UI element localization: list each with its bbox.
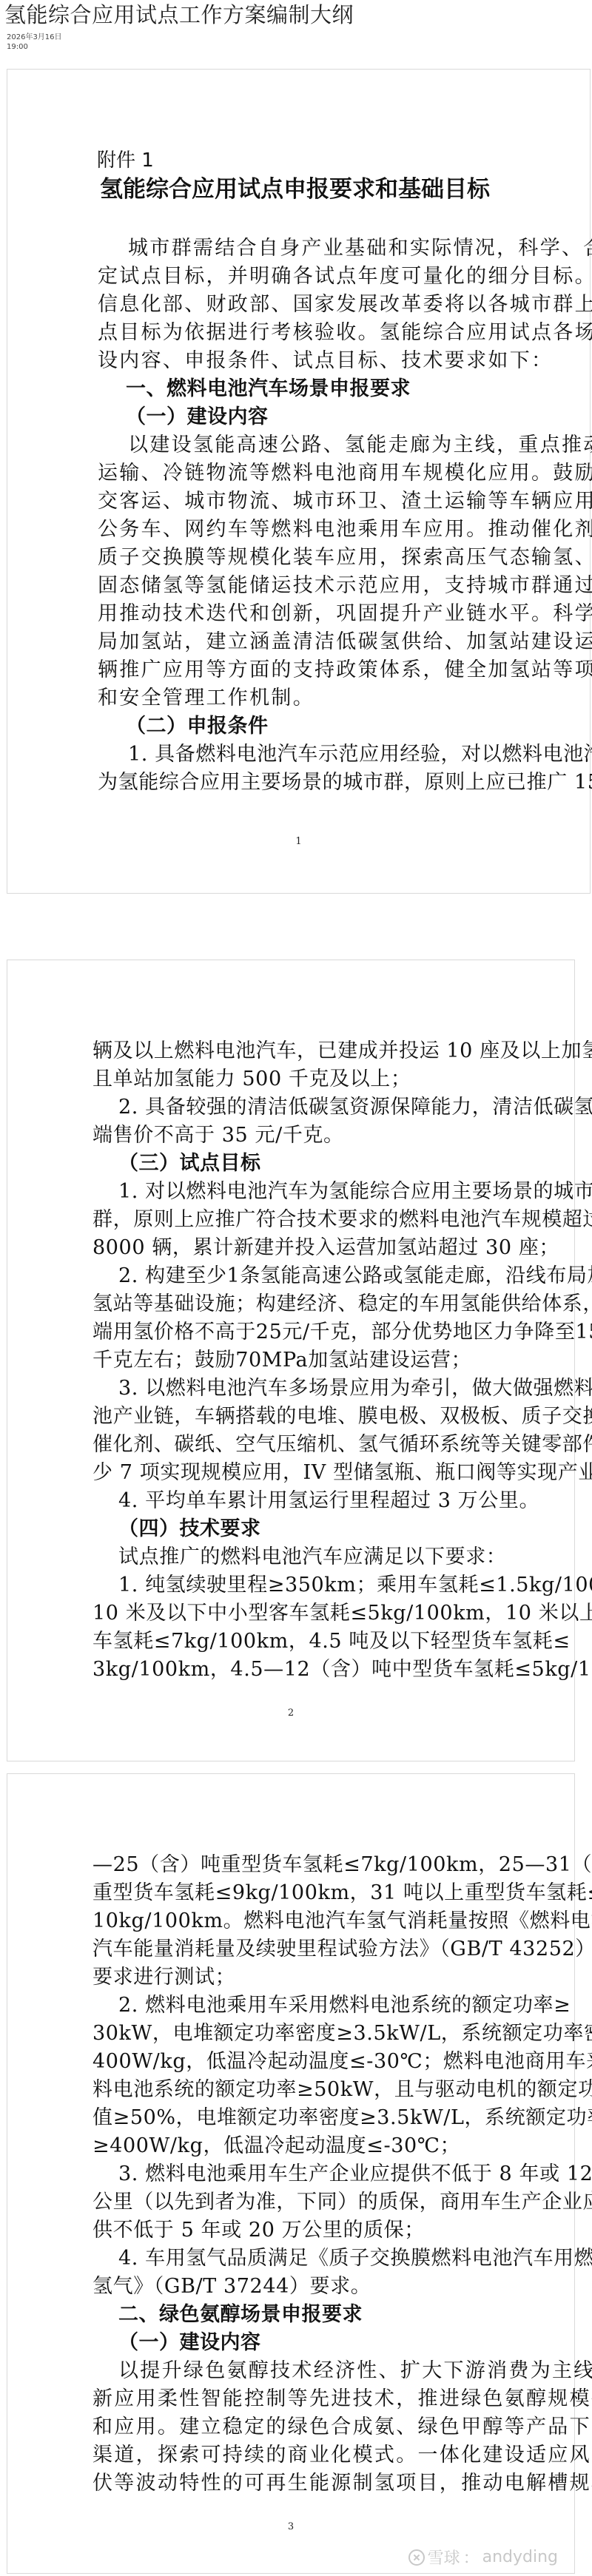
paragraph-line: 伏等波动特性的可再生能源制氢项目，推动电解槽规模应用 bbox=[92, 2472, 592, 2495]
paragraph-line: 渠道，探索可持续的商业化模式。一体化建设适应风电、光 bbox=[92, 2444, 592, 2467]
paragraph-line: 氢站等基础设施；构建经济、稳定的车用氢能供给体系，终 bbox=[92, 1292, 592, 1316]
paragraph-line: 辆推广应用等方面的支持政策体系，健全加氢站等项目审批 bbox=[98, 658, 592, 682]
paragraph-line: 端售价不高于 35 元/千克。 bbox=[92, 1124, 344, 1147]
paragraph-line: 端用氢价格不高于25元/千克，部分优势地区力争降至15元/ bbox=[92, 1321, 592, 1344]
paragraph-line: ≥400W/kg，低温冷起动温度≤-30℃； bbox=[92, 2134, 460, 2158]
section-heading: 一、燃料电池汽车场景申报要求 bbox=[126, 377, 411, 401]
paragraph-line: 群，原则上应推广符合技术要求的燃料电池汽车规模超过 bbox=[92, 1208, 592, 1232]
paragraph-line: 料电池系统的额定功率≥50kW，且与驱动电机的额定功率比 bbox=[92, 2078, 592, 2102]
paragraph-line: 城市群需结合自身产业基础和实际情况，科学、合理设 bbox=[128, 237, 592, 260]
paragraph-line: 公务车、网约车等燃料电池乘用车应用。推动催化剂、碳纸、 bbox=[98, 518, 592, 542]
paragraph-line: 运输、冷链物流等燃料电池商用车规模化应用。鼓励开展公 bbox=[98, 462, 592, 485]
paragraph-line: 3. 以燃料电池汽车多场景应用为牵引，做大做强燃料电 bbox=[118, 1377, 592, 1400]
paragraph-line: 4. 车用氢气品质满足《质子交换膜燃料电池汽车用燃料 bbox=[118, 2247, 592, 2270]
paragraph-line: 辆及以上燃料电池汽车，已建成并投运 10 座及以上加氢站 bbox=[92, 1039, 592, 1063]
paragraph-line: 3. 燃料电池乘用车生产企业应提供不低于 8 年或 12 万 bbox=[118, 2162, 592, 2186]
paragraph-line: 400W/kg，低温冷起动温度≤-30℃；燃料电池商用车采用燃 bbox=[92, 2050, 592, 2074]
post-title: 氢能综合应用试点工作方案编制大纲 bbox=[4, 1, 354, 28]
page-number: 1 bbox=[7, 836, 590, 847]
paragraph-line: 3kg/100km，4.5—12（含）吨中型货车氢耗≤5kg/100km，12 bbox=[92, 1658, 592, 1682]
paragraph-line: 千克左右；鼓励70MPa加氢站建设运营； bbox=[92, 1349, 471, 1372]
xueqiu-logo-icon bbox=[408, 2549, 425, 2566]
subsection-heading: （二）申报条件 bbox=[126, 715, 269, 738]
paragraph-line: 池产业链，车辆搭载的电堆、膜电极、双极板、质子交换膜、 bbox=[92, 1405, 592, 1429]
subsection-heading: （一）建设内容 bbox=[118, 2331, 261, 2355]
paragraph-line: 和安全管理工作机制。 bbox=[98, 687, 314, 710]
watermark-separator: ： bbox=[463, 2546, 480, 2569]
document-title: 氢能综合应用试点申报要求和基础目标 bbox=[7, 176, 590, 203]
paragraph-line: 8000 辆，累计新建并投入运营加氢站超过 30 座； bbox=[92, 1236, 559, 1260]
paragraph-line: 2. 燃料电池乘用车采用燃料电池系统的额定功率≥ bbox=[118, 1994, 571, 2017]
paragraph-line: 质子交换膜等规模化装车应用，探索高压气态输氢、液氢、 bbox=[98, 546, 592, 570]
post-time: 19:00 bbox=[7, 42, 28, 52]
page-number: 3 bbox=[7, 2521, 574, 2532]
watermark-user: andyding bbox=[482, 2548, 558, 2566]
paragraph-line: 交客运、城市物流、城市环卫、渣土运输等车辆应用，探索 bbox=[98, 490, 592, 513]
paragraph-line: 供不低于 5 年或 20 万公里的质保； bbox=[92, 2219, 425, 2242]
paragraph-line: 点目标为依据进行考核验收。氢能综合应用试点各场景的建 bbox=[98, 321, 592, 345]
watermark-brand: 雪球 bbox=[428, 2546, 460, 2569]
subsection-heading: （三）试点目标 bbox=[118, 1152, 261, 1176]
subsection-heading: （四）技术要求 bbox=[118, 1517, 261, 1541]
paragraph-line: 和应用。建立稳定的绿色合成氨、绿色甲醇等产品下游消纳 bbox=[92, 2415, 592, 2439]
paragraph-line: 少 7 项实现规模应用，IV 型储氢瓶、瓶口阀等实现产业化； bbox=[92, 1461, 592, 1485]
paragraph-line: 新应用柔性智能控制等先进技术，推进绿色氨醇规模化制取 bbox=[92, 2387, 592, 2411]
paragraph-line: 1. 对以燃料电池汽车为氢能综合应用主要场景的城市 bbox=[118, 1180, 592, 1204]
page-number: 2 bbox=[7, 1707, 574, 1719]
paragraph-line: 局加氢站，建立涵盖清洁低碳氢供给、加氢站建设运营、车 bbox=[98, 630, 592, 654]
paragraph-line: 要求进行测试； bbox=[92, 1966, 235, 1989]
paragraph-line: 4. 平均单车累计用氢运行里程超过 3 万公里。 bbox=[118, 1489, 539, 1513]
paragraph-line: 催化剂、碳纸、空气压缩机、氢气循环系统等关键零部件至 bbox=[92, 1433, 592, 1457]
section-heading: 二、绿色氨醇场景申报要求 bbox=[118, 2303, 363, 2327]
paragraph-line: 定试点目标，并明确各试点年度可量化的细分目标。工业和 bbox=[98, 265, 592, 289]
document-page-1: 附件 1 氢能综合应用试点申报要求和基础目标 城市群需结合自身产业基础和实际情况… bbox=[7, 69, 591, 894]
document-page-2: 辆及以上燃料电池汽车，已建成并投运 10 座及以上加氢站 且单站加氢能力 500… bbox=[7, 960, 575, 1761]
paragraph-line: 车氢耗≤7kg/100km，4.5 吨及以下轻型货车氢耗≤ bbox=[92, 1630, 571, 1653]
paragraph-line: 2. 构建至少1条氢能高速公路或氢能走廊，沿线布局加 bbox=[118, 1264, 592, 1288]
paragraph-line: 公里（以先到者为准，下同）的质保，商用车生产企业应提 bbox=[92, 2191, 592, 2214]
paragraph-line: 30kW，电堆额定功率密度≥3.5kW/L，系统额定功率密度≥ bbox=[92, 2022, 592, 2046]
paragraph-line: 用推动技术迭代和创新，巩固提升产业链水平。科学规划布 bbox=[98, 602, 592, 626]
paragraph-line: 以提升绿色氨醇技术经济性、扩大下游消费为主线，创 bbox=[118, 2359, 592, 2383]
paragraph-line: 10kg/100km。燃料电池汽车氢气消耗量按照《燃料电池电动 bbox=[92, 1909, 592, 1933]
paragraph-line: 值≥50%，电堆额定功率密度≥3.5kW/L，系统额定功率密度 bbox=[92, 2106, 592, 2130]
post-date: 2026年3月16日 bbox=[7, 33, 62, 42]
paragraph-line: —25（含）吨重型货车氢耗≤7kg/100km，25—31（含）吨 bbox=[92, 1853, 592, 1877]
paragraph-line: 以建设氢能高速公路、氢能走廊为主线，重点推动重载 bbox=[128, 434, 592, 457]
paragraph-line: 且单站加氢能力 500 千克及以上； bbox=[92, 1068, 411, 1091]
subsection-heading: （一）建设内容 bbox=[126, 405, 269, 429]
paragraph-line: 1. 纯氢续驶里程≥350km；乘用车氢耗≤1.5kg/100km， bbox=[118, 1574, 592, 1597]
paragraph-line: 固态储氢等氢能储运技术示范应用，支持城市群通过示范应 bbox=[98, 574, 592, 598]
paragraph-line: 设内容、申报条件、试点目标、技术要求如下： bbox=[98, 349, 553, 373]
paragraph-line: 氢气》（GB/T 37244）要求。 bbox=[92, 2275, 371, 2299]
paragraph-line: 汽车能量消耗量及续驶里程试验方法》（GB/T 43252）相关 bbox=[92, 1938, 592, 1961]
attachment-label: 附件 1 bbox=[97, 149, 154, 172]
paragraph-line: 试点推广的燃料电池汽车应满足以下要求： bbox=[118, 1545, 506, 1569]
document-page-3: —25（含）吨重型货车氢耗≤7kg/100km，25—31（含）吨 重型货车氢耗… bbox=[7, 1773, 575, 2574]
paragraph-line: 信息化部、财政部、国家发展改革委将以各城市群上报的试 bbox=[98, 293, 592, 317]
watermark: 雪球 ： andyding bbox=[408, 2546, 558, 2569]
paragraph-line: 10 米及以下中小型客车氢耗≤5kg/100km，10 米以上大型客 bbox=[92, 1602, 592, 1625]
paragraph-line: 为氢能综合应用主要场景的城市群，原则上应已推广 1500 bbox=[98, 771, 592, 795]
paragraph-line: 重型货车氢耗≤9kg/100km，31 吨以上重型货车氢耗≤ bbox=[92, 1881, 592, 1905]
paragraph-line: 2. 具备较强的清洁低碳氢资源保障能力，清洁低碳氢终 bbox=[118, 1096, 592, 1119]
paragraph-line: 1. 具备燃料电池汽车示范应用经验，对以燃料电池汽车 bbox=[128, 743, 592, 766]
